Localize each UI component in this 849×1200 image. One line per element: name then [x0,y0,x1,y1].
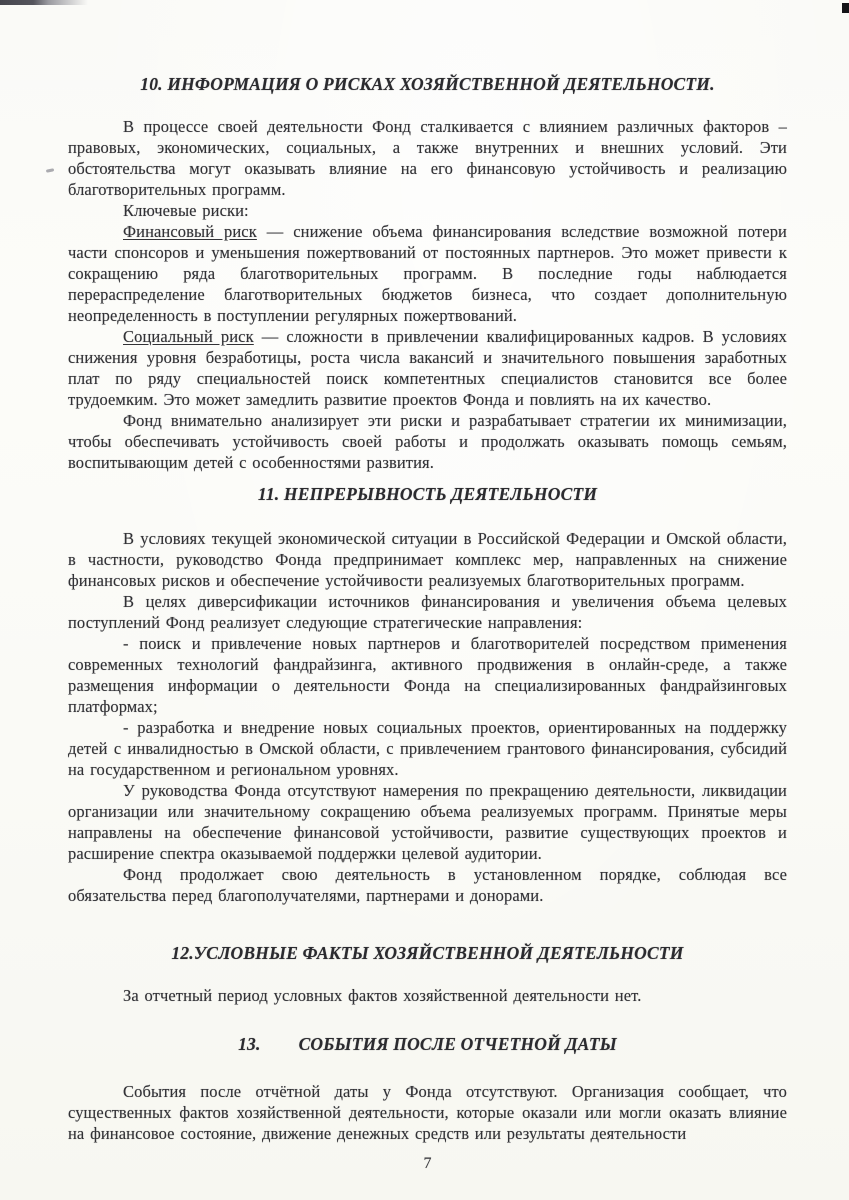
document-content: 10. ИНФОРМАЦИЯ О РИСКАХ ХОЗЯЙСТВЕННОЙ ДЕ… [68,74,787,1173]
financial-risk-term: Финансовый риск [123,222,257,241]
section-11-paragraph: Фонд продолжает свою деятельность в уста… [68,864,787,906]
section-11-heading: 11. НЕПРЕРЫВНОСТЬ ДЕЯТЕЛЬНОСТИ [68,484,787,505]
section-13-paragraph: События после отчётной даты у Фонда отсу… [68,1081,787,1144]
page-number: 7 [68,1155,787,1173]
section-12: 12.УСЛОВНЫЕ ФАКТЫ ХОЗЯЙСТВЕННОЙ ДЕЯТЕЛЬН… [68,943,787,1006]
section-11-list-item: - поиск и привлечение новых партнеров и … [68,633,787,717]
document-page: 10. ИНФОРМАЦИЯ О РИСКАХ ХОЗЯЙСТВЕННОЙ ДЕ… [0,0,849,1200]
scan-artifact-top-left [0,0,88,5]
scan-artifact-top-right [842,3,849,13]
section-11-paragraph: В условиях текущей экономической ситуаци… [68,528,787,591]
section-12-heading: 12.УСЛОВНЫЕ ФАКТЫ ХОЗЯЙСТВЕННОЙ ДЕЯТЕЛЬН… [68,943,787,964]
section-13-title: СОБЫТИЯ ПОСЛЕ ОТЧЕТНОЙ ДАТЫ [299,1034,617,1054]
section-11-list-item: - разработка и внедрение новых социальны… [68,717,787,780]
section-11-paragraph: У руководства Фонда отсутствуют намерени… [68,780,787,864]
section-13: 13.СОБЫТИЯ ПОСЛЕ ОТЧЕТНОЙ ДАТЫ События п… [68,1034,787,1144]
section-11: 11. НЕПРЕРЫВНОСТЬ ДЕЯТЕЛЬНОСТИ В условия… [68,484,787,906]
section-10-heading: 10. ИНФОРМАЦИЯ О РИСКАХ ХОЗЯЙСТВЕННОЙ ДЕ… [68,74,787,95]
key-risks-label: Ключевые риски: [68,200,787,221]
financial-risk-paragraph: Финансовый риск — снижение объема финанс… [68,221,787,326]
social-risk-term: Социальный риск [123,327,254,346]
scan-artifact-left-speck [46,168,54,172]
section-13-heading: 13.СОБЫТИЯ ПОСЛЕ ОТЧЕТНОЙ ДАТЫ [68,1034,787,1055]
section-13-number: 13. [238,1034,260,1054]
section-10-intro-paragraph: В процессе своей деятельности Фонд сталк… [68,116,787,200]
section-10-conclusion-paragraph: Фонд внимательно анализирует эти риски и… [68,410,787,473]
section-12-paragraph: За отчетный период условных фактов хозяй… [68,985,787,1006]
social-risk-paragraph: Социальный риск — сложности в привлечени… [68,326,787,410]
section-11-paragraph: В целях диверсификации источников финанс… [68,591,787,633]
section-10: 10. ИНФОРМАЦИЯ О РИСКАХ ХОЗЯЙСТВЕННОЙ ДЕ… [68,74,787,473]
